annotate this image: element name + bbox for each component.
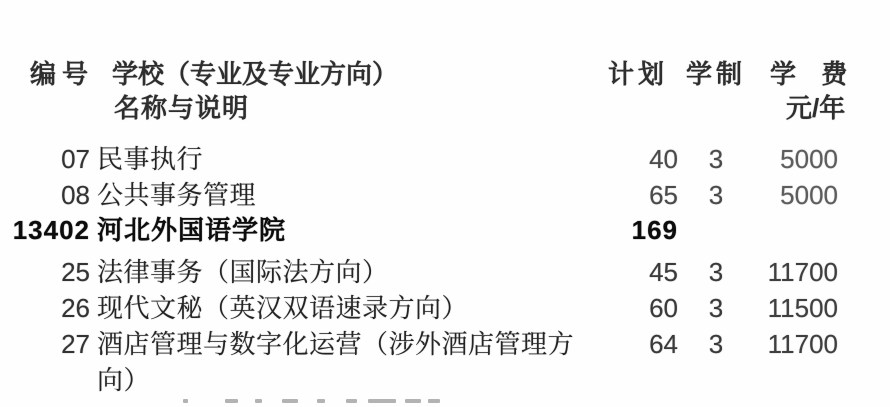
school-name: 河北外国语学院 xyxy=(97,212,587,248)
tuition-fee: 5000 xyxy=(748,141,838,177)
header-number-column: 编号 xyxy=(30,57,94,91)
major-code: 08 xyxy=(0,177,90,213)
table-row: 08 公共事务管理 65 3 5000 xyxy=(0,177,890,213)
major-name: 现代文秘（英汉双语速录方向） xyxy=(97,290,587,326)
table-row: 07 民事执行 40 3 5000 xyxy=(0,141,890,177)
header-fee-column-line1: 学 费 xyxy=(770,57,847,91)
table-row: 27 酒店管理与数字化运营（涉外酒店管理方向） 64 3 11700 xyxy=(0,326,890,362)
duration: 3 xyxy=(692,177,740,213)
scanned-admission-plan-table: 编号 学校（专业及专业方向） 名称与说明 计划 学制 学 费 元/年 07 民事… xyxy=(0,0,890,407)
major-name: 民事执行 xyxy=(97,141,587,177)
major-name: 法律事务（国际法方向） xyxy=(97,254,587,290)
duration: 3 xyxy=(692,254,740,290)
major-code: 27 xyxy=(0,326,90,362)
header-plan-column: 计划 xyxy=(608,57,668,91)
header-duration-column: 学制 xyxy=(686,57,746,91)
header-school-major-line2: 名称与说明 xyxy=(114,91,249,125)
major-code: 26 xyxy=(0,290,90,326)
major-name: 公共事务管理 xyxy=(97,177,587,213)
major-code: 25 xyxy=(0,254,90,290)
plan-count: 65 xyxy=(598,177,678,213)
plan-count: 60 xyxy=(598,290,678,326)
school-code: 13402 xyxy=(0,212,90,248)
cut-off-text-artifact xyxy=(183,398,443,405)
major-name: 酒店管理与数字化运营（涉外酒店管理方向） xyxy=(97,326,587,398)
header-fee-column-line2: 元/年 xyxy=(786,91,845,125)
table-row: 25 法律事务（国际法方向） 45 3 11700 xyxy=(0,254,890,290)
major-code: 07 xyxy=(0,141,90,177)
duration: 3 xyxy=(692,326,740,362)
table-row-school: 13402 河北外国语学院 169 xyxy=(0,212,890,248)
duration: 3 xyxy=(692,141,740,177)
plan-count: 40 xyxy=(598,141,678,177)
table-row: 26 现代文秘（英汉双语速录方向） 60 3 11500 xyxy=(0,290,890,326)
tuition-fee: 11700 xyxy=(748,326,838,362)
plan-total: 169 xyxy=(598,212,678,248)
plan-count: 45 xyxy=(598,254,678,290)
header-school-major-line1: 学校（专业及专业方向） xyxy=(112,57,398,91)
tuition-fee: 11500 xyxy=(748,290,838,326)
duration: 3 xyxy=(692,290,740,326)
tuition-fee: 11700 xyxy=(748,254,838,290)
plan-count: 64 xyxy=(598,326,678,362)
tuition-fee: 5000 xyxy=(748,177,838,213)
